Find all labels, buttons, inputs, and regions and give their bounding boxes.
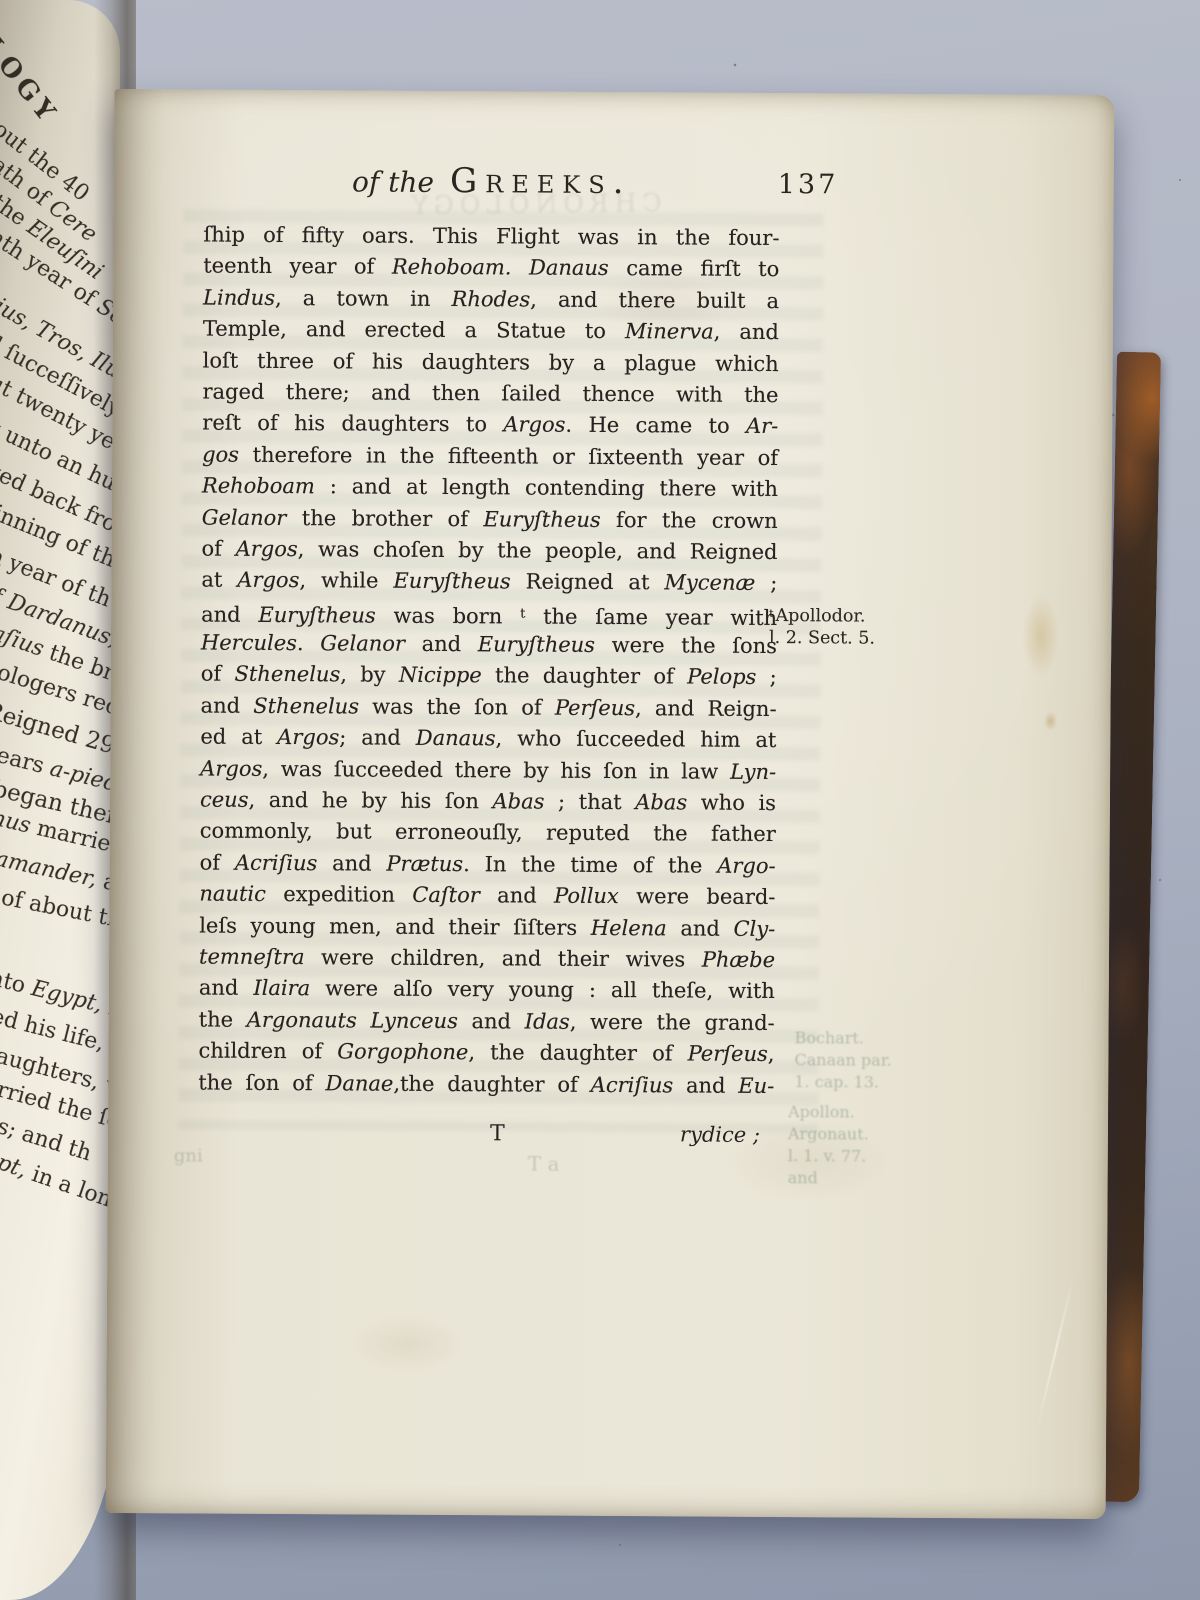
body-text-line: reſt of his daughters to Argos. He came … (202, 408, 778, 443)
body-text-line: children of Gorgophone, the daughter of … (198, 1036, 774, 1071)
running-header: of theGreeks. (204, 160, 780, 204)
body-text-block: ſhip of fifty oars. This Flight was in t… (198, 220, 779, 1102)
body-text-line: and Ilaira were alſo very young : all th… (199, 973, 775, 1008)
body-text-line: loſt three of his daughters by a plague … (203, 345, 779, 380)
ghost-showthrough-mark: T a (528, 1152, 560, 1176)
signature-catchword-row: T rydice ; (198, 1119, 774, 1155)
margin-note-line: tApollodor. (769, 603, 909, 628)
body-text-line: Rehoboam : and at length contending ther… (202, 471, 778, 506)
book-page: CHRONOLOGY of theGreeks. 137 ſhip of fif… (106, 89, 1115, 1519)
signature-mark: T (490, 1121, 505, 1146)
left-page-text-fragment: OLOGY (0, 10, 64, 130)
body-text-line: nautic expedition Caſtor and Pollux were… (199, 879, 775, 914)
ghost-margin-note: Apollon.Argonaut.l. 1. v. 77.and (788, 1101, 869, 1189)
body-text-line: the ſon of Danae,the daughter of Acriſiu… (198, 1067, 774, 1102)
body-text-line: Hercules. Gelanor and Euryſtheus were th… (201, 628, 777, 663)
page-number: 137 (778, 169, 839, 200)
body-text-line: the Argonauts Lynceus and Idas, were the… (199, 1004, 775, 1039)
body-text-line: ſhip of fifty oars. This Flight was in t… (203, 220, 779, 255)
body-text-line: ceus, and he by his ſon Abas ; that Abas… (200, 785, 776, 820)
body-text-line: and Euryſtheus was born t the ſame year … (201, 596, 777, 631)
running-header-caps: Greeks. (450, 161, 632, 202)
body-text-line: Lindus, a town in Rhodes, and there buil… (203, 282, 779, 317)
body-text-line: ed at Argos; and Danaus, who ſucceeded h… (200, 722, 776, 757)
body-text-line: of Argos, was choſen by the people, and … (201, 533, 777, 568)
body-text-line: gos therefore in the fifteenth or ſixtee… (202, 439, 778, 474)
body-text-line: raged there; and then ſailed thence with… (202, 376, 778, 411)
photo-scene: OLOGYabout the 40death of Cereof the Ele… (0, 0, 1200, 1600)
body-text-line: commonly, but erroneouſly, reputed the f… (200, 816, 776, 851)
body-text-line: Gelanor the brother of Euryſtheus for th… (202, 502, 778, 537)
body-text-line: teenth year of Rehoboam. Danaus came fir… (203, 251, 779, 286)
body-text-line: temneſtra were children, and their wives… (199, 941, 775, 976)
margin-note-line: l. 2. Sect. 5. (769, 627, 909, 650)
body-text-line: of Acriſius and Prætus. In the time of t… (200, 847, 776, 882)
body-text-line: of Sthenelus, by Nicippe the daughter of… (201, 659, 777, 694)
page-crease (1036, 1273, 1075, 1429)
body-text-line: at Argos, while Euryſtheus Reigned at My… (201, 565, 777, 600)
margin-citation-note: tApollodor. l. 2. Sect. 5. (769, 603, 909, 650)
running-header-italic: of the (352, 165, 434, 199)
body-text-line: and Sthenelus was the ſon of Perſeus, an… (200, 690, 776, 725)
catchword: rydice ; (680, 1122, 760, 1146)
body-text-line: leſs young men, and their ſiſters Helena… (199, 910, 775, 945)
ghost-showthrough-mark: gni (174, 1145, 203, 1166)
ghost-margin-note: Bochart.Canaan par.1. cap. 13. (794, 1027, 892, 1094)
body-text-line: Temple, and erected a Statue to Minerva,… (203, 314, 779, 349)
body-text-line: Argos, was ſucceeded there by his ſon in… (200, 753, 776, 788)
